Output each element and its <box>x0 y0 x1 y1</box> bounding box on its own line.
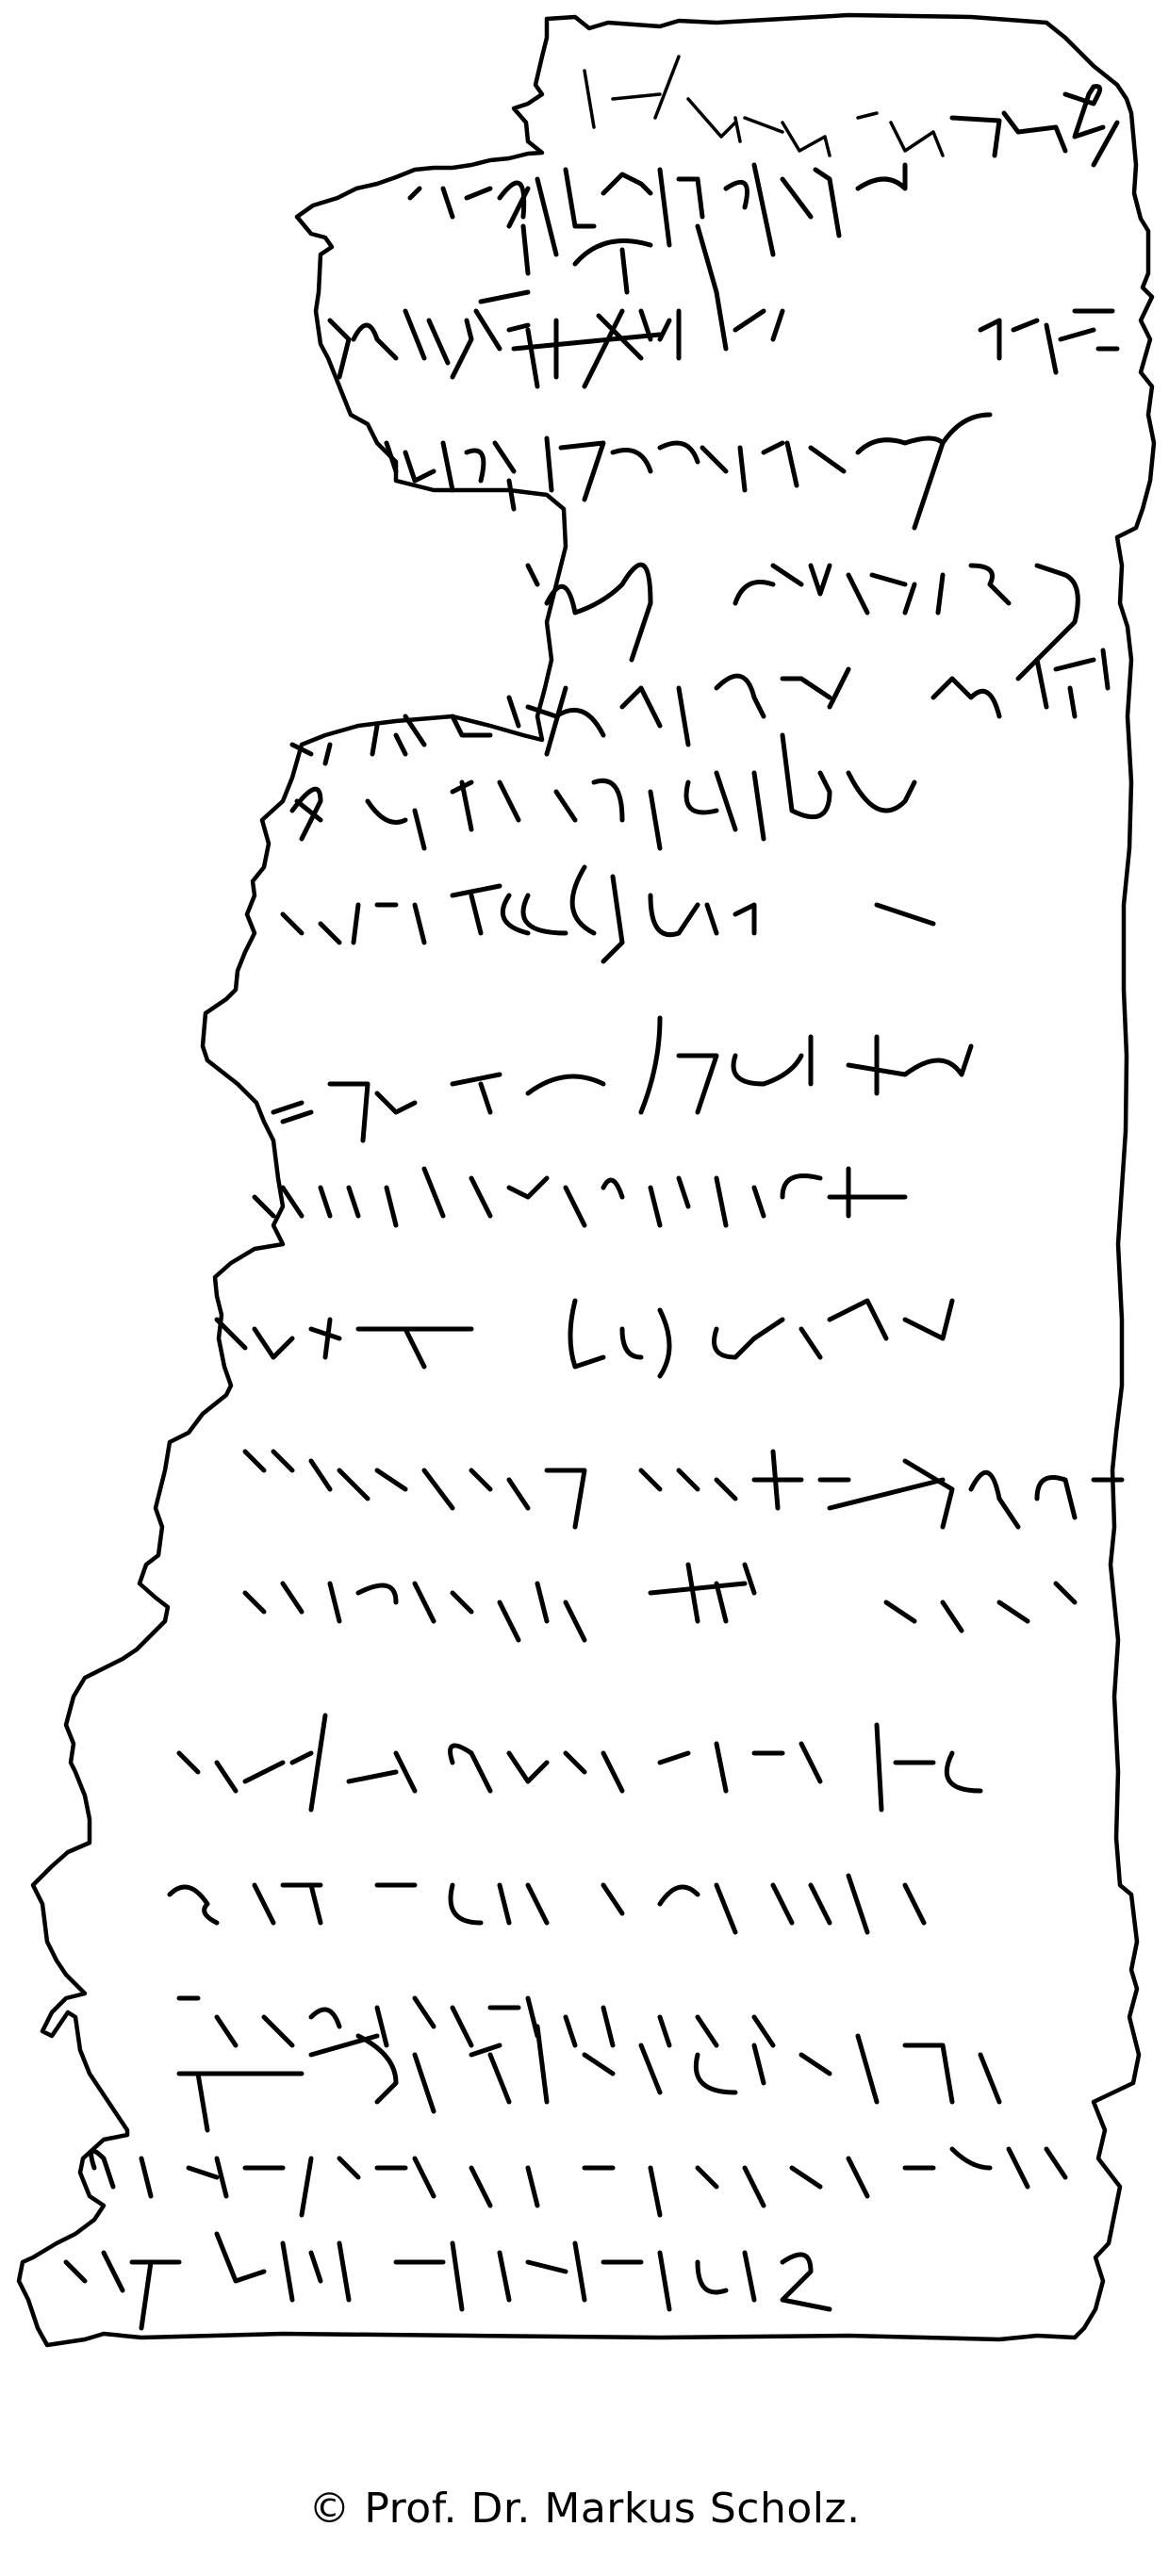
script-line-10 <box>255 1169 905 1225</box>
tablet-drawing <box>0 0 1169 2451</box>
script-line-9 <box>273 1018 971 1140</box>
script-line-5 <box>528 565 1078 660</box>
script-line-6 <box>292 650 1108 763</box>
tablet-outline <box>19 15 1154 2345</box>
script-line-7 <box>292 735 914 848</box>
script-line-19 <box>66 2234 830 2328</box>
script-line-2 <box>410 165 905 292</box>
script-line-8 <box>283 867 933 961</box>
script-line-16 <box>179 1998 773 2045</box>
script-line-15 <box>170 1876 924 1932</box>
script-line-4 <box>387 415 990 528</box>
script-line-1 <box>584 57 1117 165</box>
script-line-13 <box>245 1565 1075 1640</box>
script-line-11 <box>217 1301 952 1376</box>
script-line-14 <box>179 1715 980 1810</box>
script-line-18 <box>91 2149 1065 2215</box>
script-line-17 <box>179 2026 999 2130</box>
copyright-caption: © Prof. Dr. Markus Scholz. <box>0 2485 1169 2533</box>
script-line-3 <box>330 292 1117 386</box>
script-line-12 <box>245 1452 1122 1527</box>
